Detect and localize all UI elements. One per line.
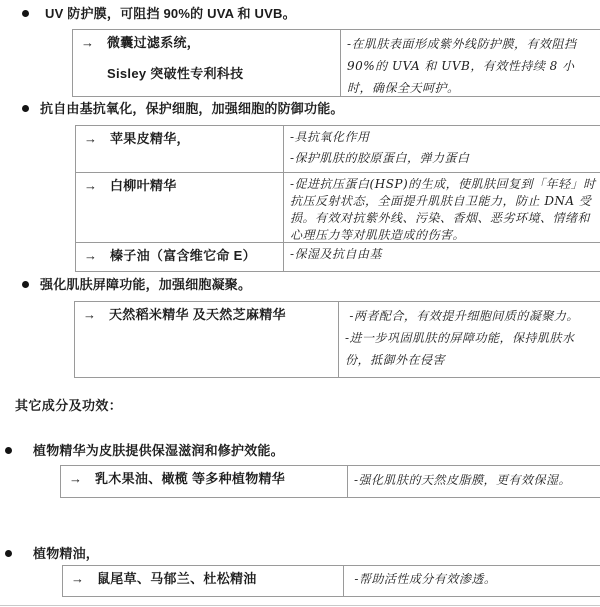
ingredient-name: 白柳叶精华 bbox=[110, 178, 177, 242]
effect-text: -保湿及抗自由基 bbox=[290, 246, 598, 263]
effect-cell: -促进抗压蛋白(HSP)的生成，使肌肤回复到「年轻」时抗压反射状态，全面提升肌肤… bbox=[284, 173, 600, 242]
arrow-icon: → bbox=[84, 131, 110, 172]
bullet-item-uv: UV 防护膜，可阻挡 90%的 UVA 和 UVB。 bbox=[22, 6, 296, 21]
bullet-text: 强化肌肤屏障功能，加强细胞凝聚。 bbox=[40, 277, 251, 292]
ingredient-table-antioxidant: → 苹果皮精华， -具抗氧化作用 -保护肌肤的胶原蛋白，弹力蛋白 → 白柳叶精华… bbox=[75, 125, 600, 272]
effect-cell: -具抗氧化作用 -保护肌肤的胶原蛋白，弹力蛋白 bbox=[284, 126, 600, 172]
table-row: → 鼠尾草、马郁兰、杜松精油 -帮助活性成分有效渗透。 bbox=[63, 566, 600, 596]
arrow-icon: → bbox=[84, 178, 110, 242]
page-bottom-divider bbox=[0, 605, 600, 606]
arrow-icon: → bbox=[81, 35, 107, 96]
effect-text: -帮助活性成分有效渗透。 bbox=[350, 569, 598, 590]
bullet-icon bbox=[5, 447, 12, 454]
arrow-icon: → bbox=[69, 471, 95, 497]
ingredient-table-uv: → 微囊过滤系统， Sisley 突破性专利科技 -在肌肤表面形成紫外线防护膜，… bbox=[72, 29, 600, 97]
document-page: UV 防护膜，可阻挡 90%的 UVA 和 UVB。 → 微囊过滤系统， Sis… bbox=[0, 0, 600, 607]
ingredient-brand-line: Sisley 突破性专利科技 bbox=[107, 66, 243, 82]
ingredient-cell: → 白柳叶精华 bbox=[76, 173, 284, 242]
ingredient-cell: → 榛子油（富含维它命 E） bbox=[76, 243, 284, 271]
ingredient-cell: → 天然稻米精华 及天然芝麻精华 bbox=[75, 302, 339, 377]
ingredient-name: 微囊过滤系统， Sisley 突破性专利科技 bbox=[107, 35, 243, 96]
ingredient-name: 榛子油（富含维它命 E） bbox=[110, 248, 256, 271]
effect-text: -在肌肤表面形成紫外线防护膜，有效阻挡90%的 UVA 和 UVB，有效性持续 … bbox=[347, 33, 598, 99]
bullet-text: UV 防护膜，可阻挡 90%的 UVA 和 UVB。 bbox=[45, 6, 296, 21]
ingredient-name: 天然稻米精华 及天然芝麻精华 bbox=[109, 307, 286, 377]
ingredient-table-plant-extract: → 乳木果油、橄榄 等多种植物精华 -强化肌肤的天然皮脂膜，更有效保湿。 bbox=[60, 465, 600, 498]
table-row: → 天然稻米精华 及天然芝麻精华 -两者配合，有效提升细胞间质的凝聚力。 -进一… bbox=[75, 302, 600, 377]
table-row: → 乳木果油、橄榄 等多种植物精华 -强化肌肤的天然皮脂膜，更有效保湿。 bbox=[61, 466, 600, 497]
bullet-item-plant-extract: 植物精华为皮肤提供保湿滋润和修护效能。 bbox=[5, 443, 284, 458]
arrow-icon: → bbox=[83, 307, 109, 377]
section-heading: 其它成分及功效： bbox=[15, 395, 122, 414]
ingredient-table-barrier: → 天然稻米精华 及天然芝麻精华 -两者配合，有效提升细胞间质的凝聚力。 -进一… bbox=[74, 301, 600, 378]
effect-text: -促进抗压蛋白(HSP)的生成，使肌肤回复到「年轻」时抗压反射状态，全面提升肌肤… bbox=[290, 176, 598, 244]
effect-cell: -强化肌肤的天然皮脂膜，更有效保湿。 bbox=[348, 466, 600, 497]
bullet-text: 植物精油， bbox=[33, 546, 99, 561]
bullet-item-antioxidant: 抗自由基抗氧化，保护细胞，加强细胞的防御功能。 bbox=[22, 101, 344, 116]
effect-cell: -保湿及抗自由基 bbox=[284, 243, 600, 271]
effect-text: -保护肌肤的胶原蛋白，弹力蛋白 bbox=[290, 150, 598, 167]
bullet-icon bbox=[22, 281, 29, 288]
effect-cell: -帮助活性成分有效渗透。 bbox=[344, 566, 600, 596]
bullet-icon bbox=[5, 550, 12, 557]
ingredient-name: 苹果皮精华， bbox=[110, 131, 190, 172]
effect-text: -进一步巩固肌肤的屏障功能，保持肌肤水份，抵御外在侵害 bbox=[345, 327, 598, 371]
ingredient-cell: → 微囊过滤系统， Sisley 突破性专利科技 bbox=[73, 30, 341, 96]
ingredient-table-essential-oil: → 鼠尾草、马郁兰、杜松精油 -帮助活性成分有效渗透。 bbox=[62, 565, 600, 597]
arrow-icon: → bbox=[84, 248, 110, 271]
ingredient-name: 乳木果油、橄榄 等多种植物精华 bbox=[95, 471, 285, 497]
ingredient-cell: → 苹果皮精华， bbox=[76, 126, 284, 172]
table-row: → 苹果皮精华， -具抗氧化作用 -保护肌肤的胶原蛋白，弹力蛋白 bbox=[76, 126, 600, 173]
effect-text: -具抗氧化作用 bbox=[290, 129, 598, 146]
bullet-icon bbox=[22, 105, 29, 112]
ingredient-cell: → 鼠尾草、马郁兰、杜松精油 bbox=[63, 566, 344, 596]
bullet-item-barrier: 强化肌肤屏障功能，加强细胞凝聚。 bbox=[22, 277, 251, 292]
bullet-item-essential-oil: 植物精油， bbox=[5, 546, 99, 561]
effect-text: -强化肌肤的天然皮脂膜，更有效保湿。 bbox=[354, 469, 598, 491]
ingredient-name-line: 微囊过滤系统， bbox=[107, 35, 243, 51]
ingredient-cell: → 乳木果油、橄榄 等多种植物精华 bbox=[61, 466, 348, 497]
ingredient-name: 鼠尾草、马郁兰、杜松精油 bbox=[97, 571, 257, 596]
bullet-text: 抗自由基抗氧化，保护细胞，加强细胞的防御功能。 bbox=[40, 101, 344, 116]
effect-cell: -两者配合，有效提升细胞间质的凝聚力。 -进一步巩固肌肤的屏障功能，保持肌肤水份… bbox=[339, 302, 600, 377]
table-row: → 微囊过滤系统， Sisley 突破性专利科技 -在肌肤表面形成紫外线防护膜，… bbox=[73, 30, 600, 96]
bullet-text: 植物精华为皮肤提供保湿滋润和修护效能。 bbox=[33, 443, 284, 458]
table-row: → 白柳叶精华 -促进抗压蛋白(HSP)的生成，使肌肤回复到「年轻」时抗压反射状… bbox=[76, 173, 600, 243]
table-row: → 榛子油（富含维它命 E） -保湿及抗自由基 bbox=[76, 243, 600, 271]
bullet-icon bbox=[22, 10, 29, 17]
effect-text: -两者配合，有效提升细胞间质的凝聚力。 bbox=[345, 305, 598, 327]
effect-cell: -在肌肤表面形成紫外线防护膜，有效阻挡90%的 UVA 和 UVB，有效性持续 … bbox=[341, 30, 600, 96]
arrow-icon: → bbox=[71, 571, 97, 596]
